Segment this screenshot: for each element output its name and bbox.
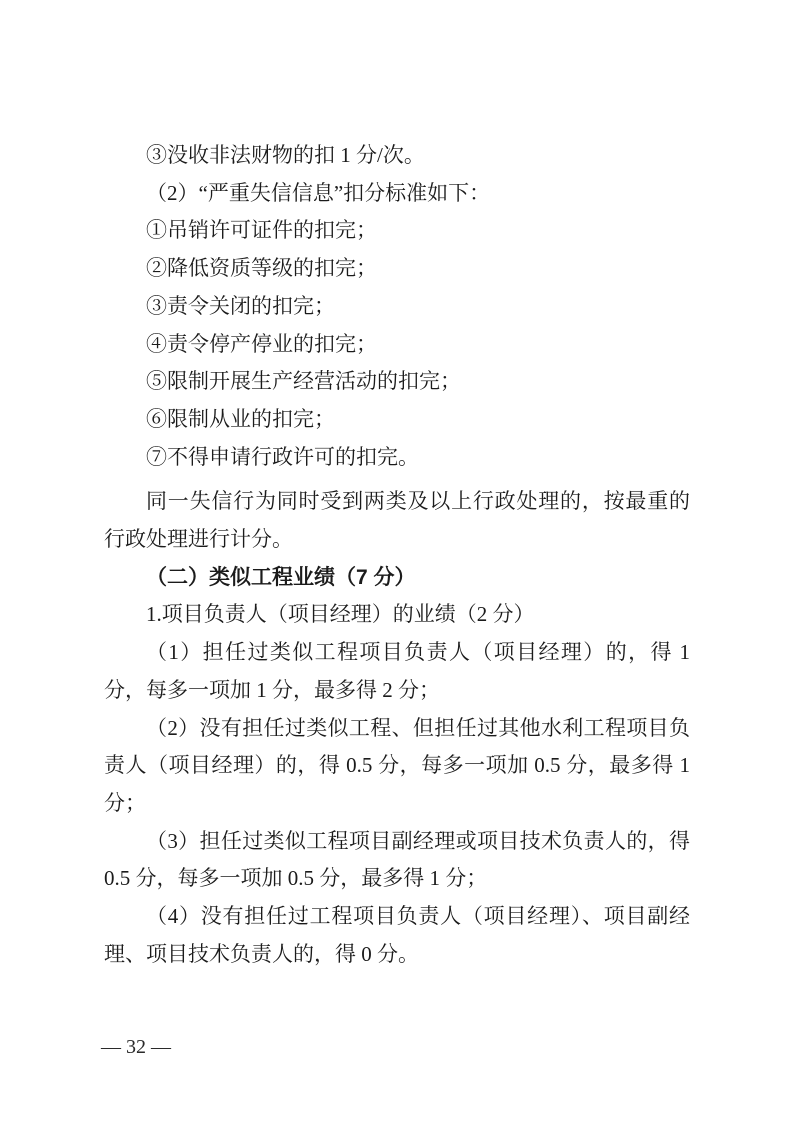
paragraph: ③责令关闭的扣完； xyxy=(104,288,690,326)
paragraph: ⑥限制从业的扣完； xyxy=(104,401,690,439)
paragraph: ③没收非法财物的扣 1 分/次。 xyxy=(104,137,690,175)
paragraph: 同一失信行为同时受到两类及以上行政处理的，按最重的行政处理进行计分。 xyxy=(104,483,690,558)
page-number: — 32 — xyxy=(101,1036,171,1058)
paragraph: ②降低资质等级的扣完； xyxy=(104,250,690,288)
paragraph: （1）担任过类似工程项目负责人（项目经理）的，得 1 分，每多一项加 1 分，最… xyxy=(104,634,690,709)
paragraph: ④责令停产停业的扣完； xyxy=(104,326,690,364)
paragraph: （3）担任过类似工程项目副经理或项目技术负责人的，得 0.5 分，每多一项加 0… xyxy=(104,823,690,898)
document-body: ③没收非法财物的扣 1 分/次。（2）“严重失信信息”扣分标准如下：①吊销许可证… xyxy=(104,137,690,973)
section-heading: （二）类似工程业绩（7 分） xyxy=(104,559,690,597)
paragraph: 1.项目负责人（项目经理）的业绩（2 分） xyxy=(104,596,690,634)
paragraph: ⑤限制开展生产经营活动的扣完； xyxy=(104,363,690,401)
paragraph: （2）没有担任过类似工程、但担任过其他水利工程项目负责人（项目经理）的，得 0.… xyxy=(104,710,690,823)
paragraph: ①吊销许可证件的扣完； xyxy=(104,212,690,250)
paragraph: ⑦不得申请行政许可的扣完。 xyxy=(104,439,690,477)
paragraph: （2）“严重失信信息”扣分标准如下： xyxy=(104,175,690,213)
paragraph: （4）没有担任过工程项目负责人（项目经理）、项目副经理、项目技术负责人的，得 0… xyxy=(104,898,690,973)
page-footer: — 32 — xyxy=(101,1036,171,1059)
